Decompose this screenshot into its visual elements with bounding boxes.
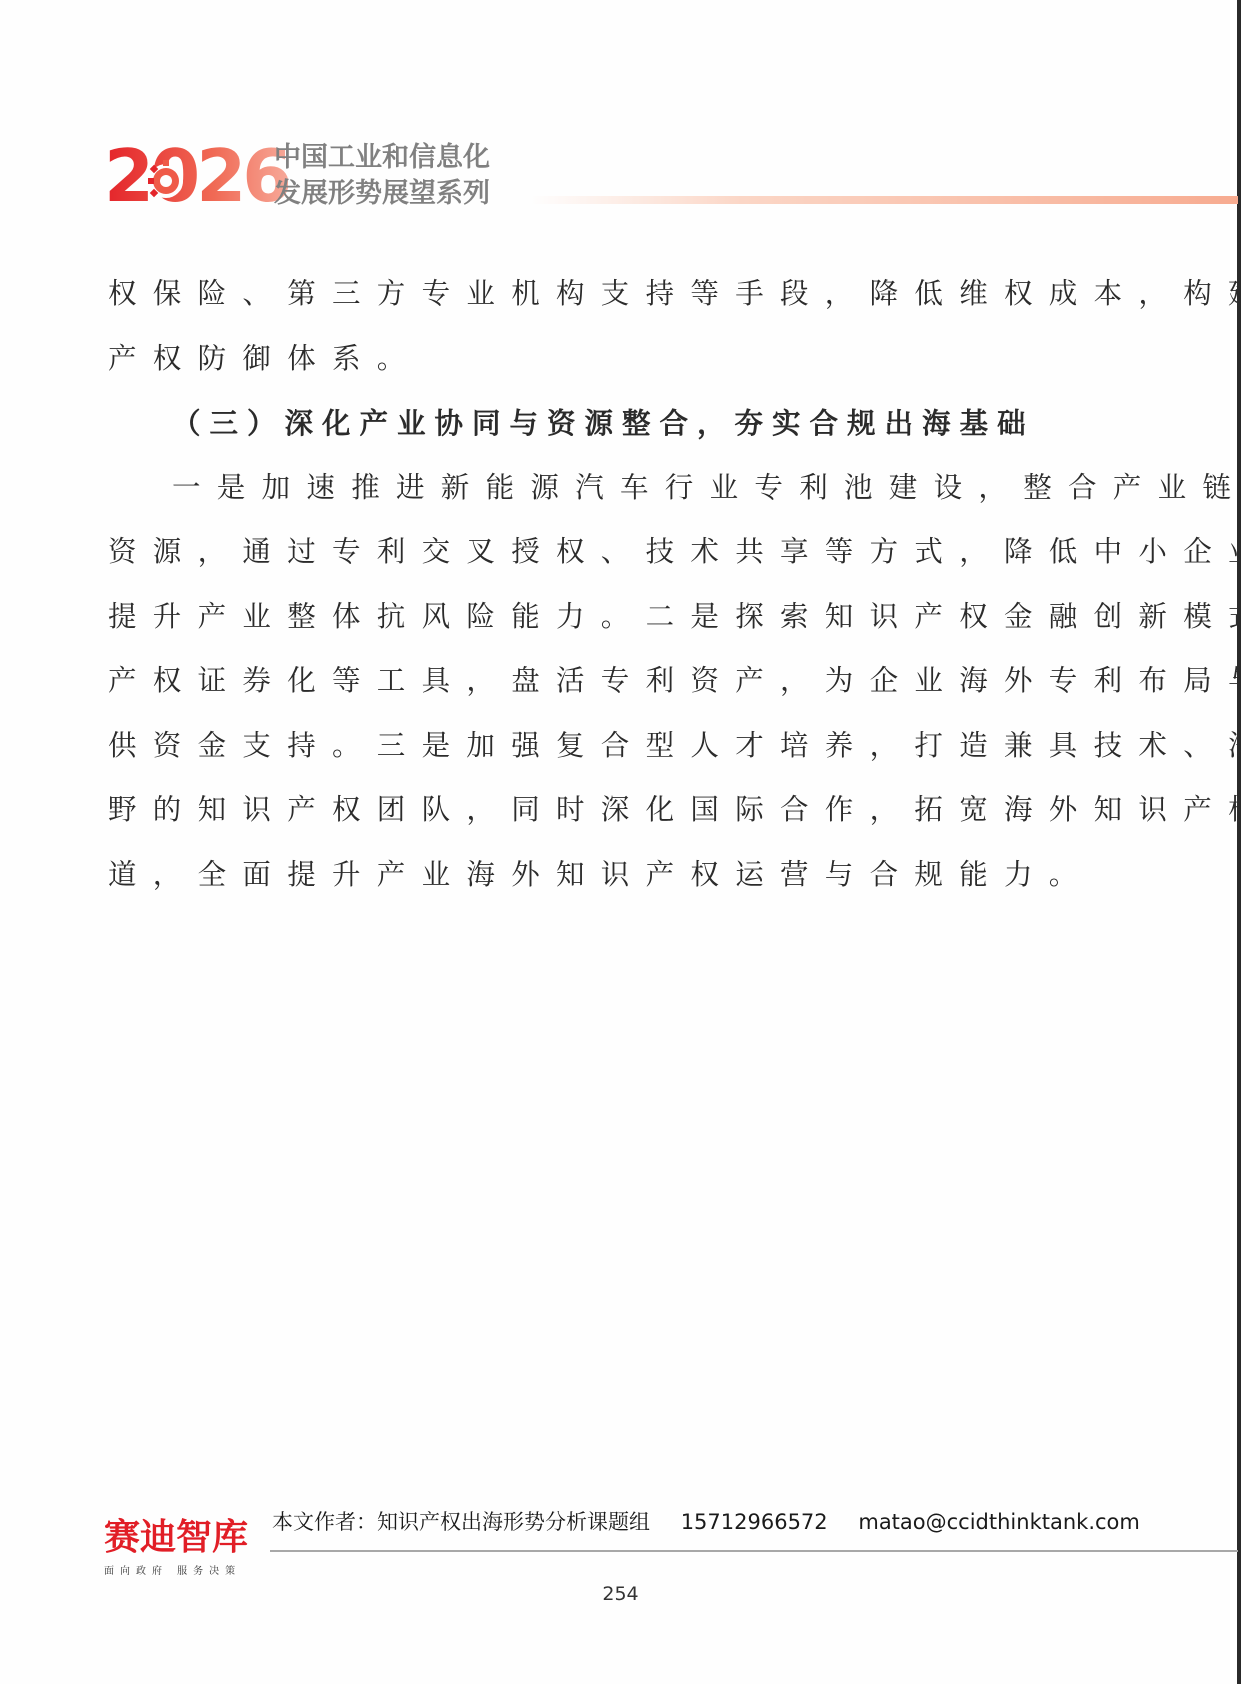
series-title: 中国工业和信息化 发展形势展望系列 bbox=[274, 140, 490, 212]
page-edge bbox=[1237, 0, 1241, 1684]
body-text: 权保险、第三方专业机构支持等手段，降低维权成本，构建全球化知识 产权防御体系。 … bbox=[108, 262, 1108, 907]
gear-icon bbox=[146, 158, 186, 204]
series-title-line2: 发展形势展望系列 bbox=[274, 176, 490, 212]
paragraph-line: 供资金支持。三是加强复合型人才培养，打造兼具技术、法律与国际视 bbox=[108, 714, 1108, 779]
paragraph-line: 资源，通过专利交叉授权、技术共享等方式，降低中小企业合规成本， bbox=[108, 520, 1108, 585]
paragraph-line: 野的知识产权团队，同时深化国际合作，拓宽海外知识产权资源对接渠 bbox=[108, 778, 1108, 843]
author-info: 本文作者：知识产权出海形势分析课题组 15712966572 matao@cci… bbox=[272, 1506, 1164, 1536]
paragraph-line: 提升产业整体抗风险能力。二是探索知识产权金融创新模式，借助知识 bbox=[108, 585, 1108, 650]
paragraph-line: 产权防御体系。 bbox=[108, 327, 1108, 392]
author-phone: 15712966572 bbox=[681, 1510, 828, 1534]
logo-name: 赛迪智库 bbox=[104, 1518, 248, 1558]
header-gradient-bar bbox=[530, 196, 1238, 204]
footer-divider bbox=[270, 1550, 1238, 1552]
paragraph-line: 产权证券化等工具，盘活专利资产，为企业海外专利布局与风险应对提 bbox=[108, 649, 1108, 714]
section-heading: （三）深化产业协同与资源整合，夯实合规出海基础 bbox=[108, 391, 1108, 456]
series-logo: 2026 bbox=[104, 144, 264, 208]
series-title-line1: 中国工业和信息化 bbox=[274, 140, 490, 176]
paragraph-line: 一是加速推进新能源汽车行业专利池建设，整合产业链上下游专利 bbox=[108, 456, 1108, 521]
author-label: 本文作者：知识产权出海形势分析课题组 bbox=[272, 1510, 650, 1534]
author-email[interactable]: matao@ccidthinktank.com bbox=[858, 1510, 1139, 1534]
ccid-logo: 赛迪智库 面向政府 服务决策 bbox=[104, 1518, 248, 1577]
logo-slogan: 面向政府 服务决策 bbox=[104, 1562, 248, 1577]
paragraph-line: 道，全面提升产业海外知识产权运营与合规能力。 bbox=[108, 843, 1108, 908]
logo-year: 2026 bbox=[104, 144, 288, 208]
paragraph-line: 权保险、第三方专业机构支持等手段，降低维权成本，构建全球化知识 bbox=[108, 262, 1108, 327]
page-number: 254 bbox=[0, 1583, 1241, 1605]
